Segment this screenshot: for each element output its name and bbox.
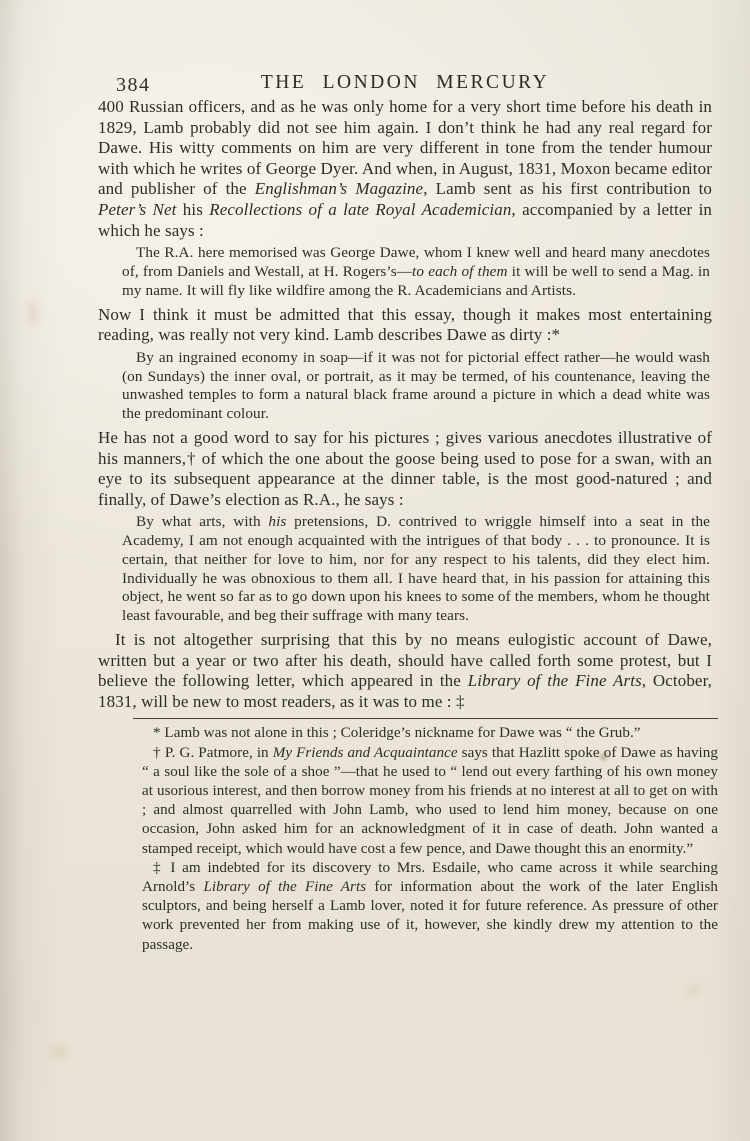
scanned-book-page: 384 THE LONDON MERCURY 400 Russian offic… [0, 0, 750, 1141]
page-header: 384 THE LONDON MERCURY [98, 72, 712, 98]
lamb-essay-quote-2: By an ingrained economy in soap—if it wa… [122, 349, 710, 424]
paragraph-4: It is not altogether surprising that thi… [98, 630, 712, 712]
paper-stain [28, 300, 38, 326]
footnotes-section: * Lamb was not alone in this ; Coleridge… [133, 718, 718, 954]
paper-stain [52, 1046, 68, 1058]
footnote-dagger: † P. G. Patmore, in My Friends and Acqua… [142, 744, 718, 859]
journal-title: THE LONDON MERCURY [98, 72, 712, 94]
paragraph-2: Now I think it must be admitted that thi… [98, 305, 712, 346]
footnote-asterisk: * Lamb was not alone in this ; Coleridge… [142, 724, 718, 743]
paper-stain [688, 986, 700, 995]
footnote-divider [133, 718, 718, 719]
lamb-letter-quote-1: The R.A. here memorised was George Dawe,… [122, 244, 710, 300]
footnote-double-dagger: ‡ I am indebted for its discovery to Mrs… [142, 859, 718, 955]
paragraph-3: He has not a good word to say for his pi… [98, 428, 712, 510]
paragraph-1: 400 Russian officers, and as he was only… [98, 97, 712, 241]
page-number: 384 [116, 74, 151, 97]
lamb-essay-quote-3: By what arts, with his pretensions, D. c… [122, 513, 710, 626]
article-text: 400 Russian officers, and as he was only… [98, 97, 712, 955]
